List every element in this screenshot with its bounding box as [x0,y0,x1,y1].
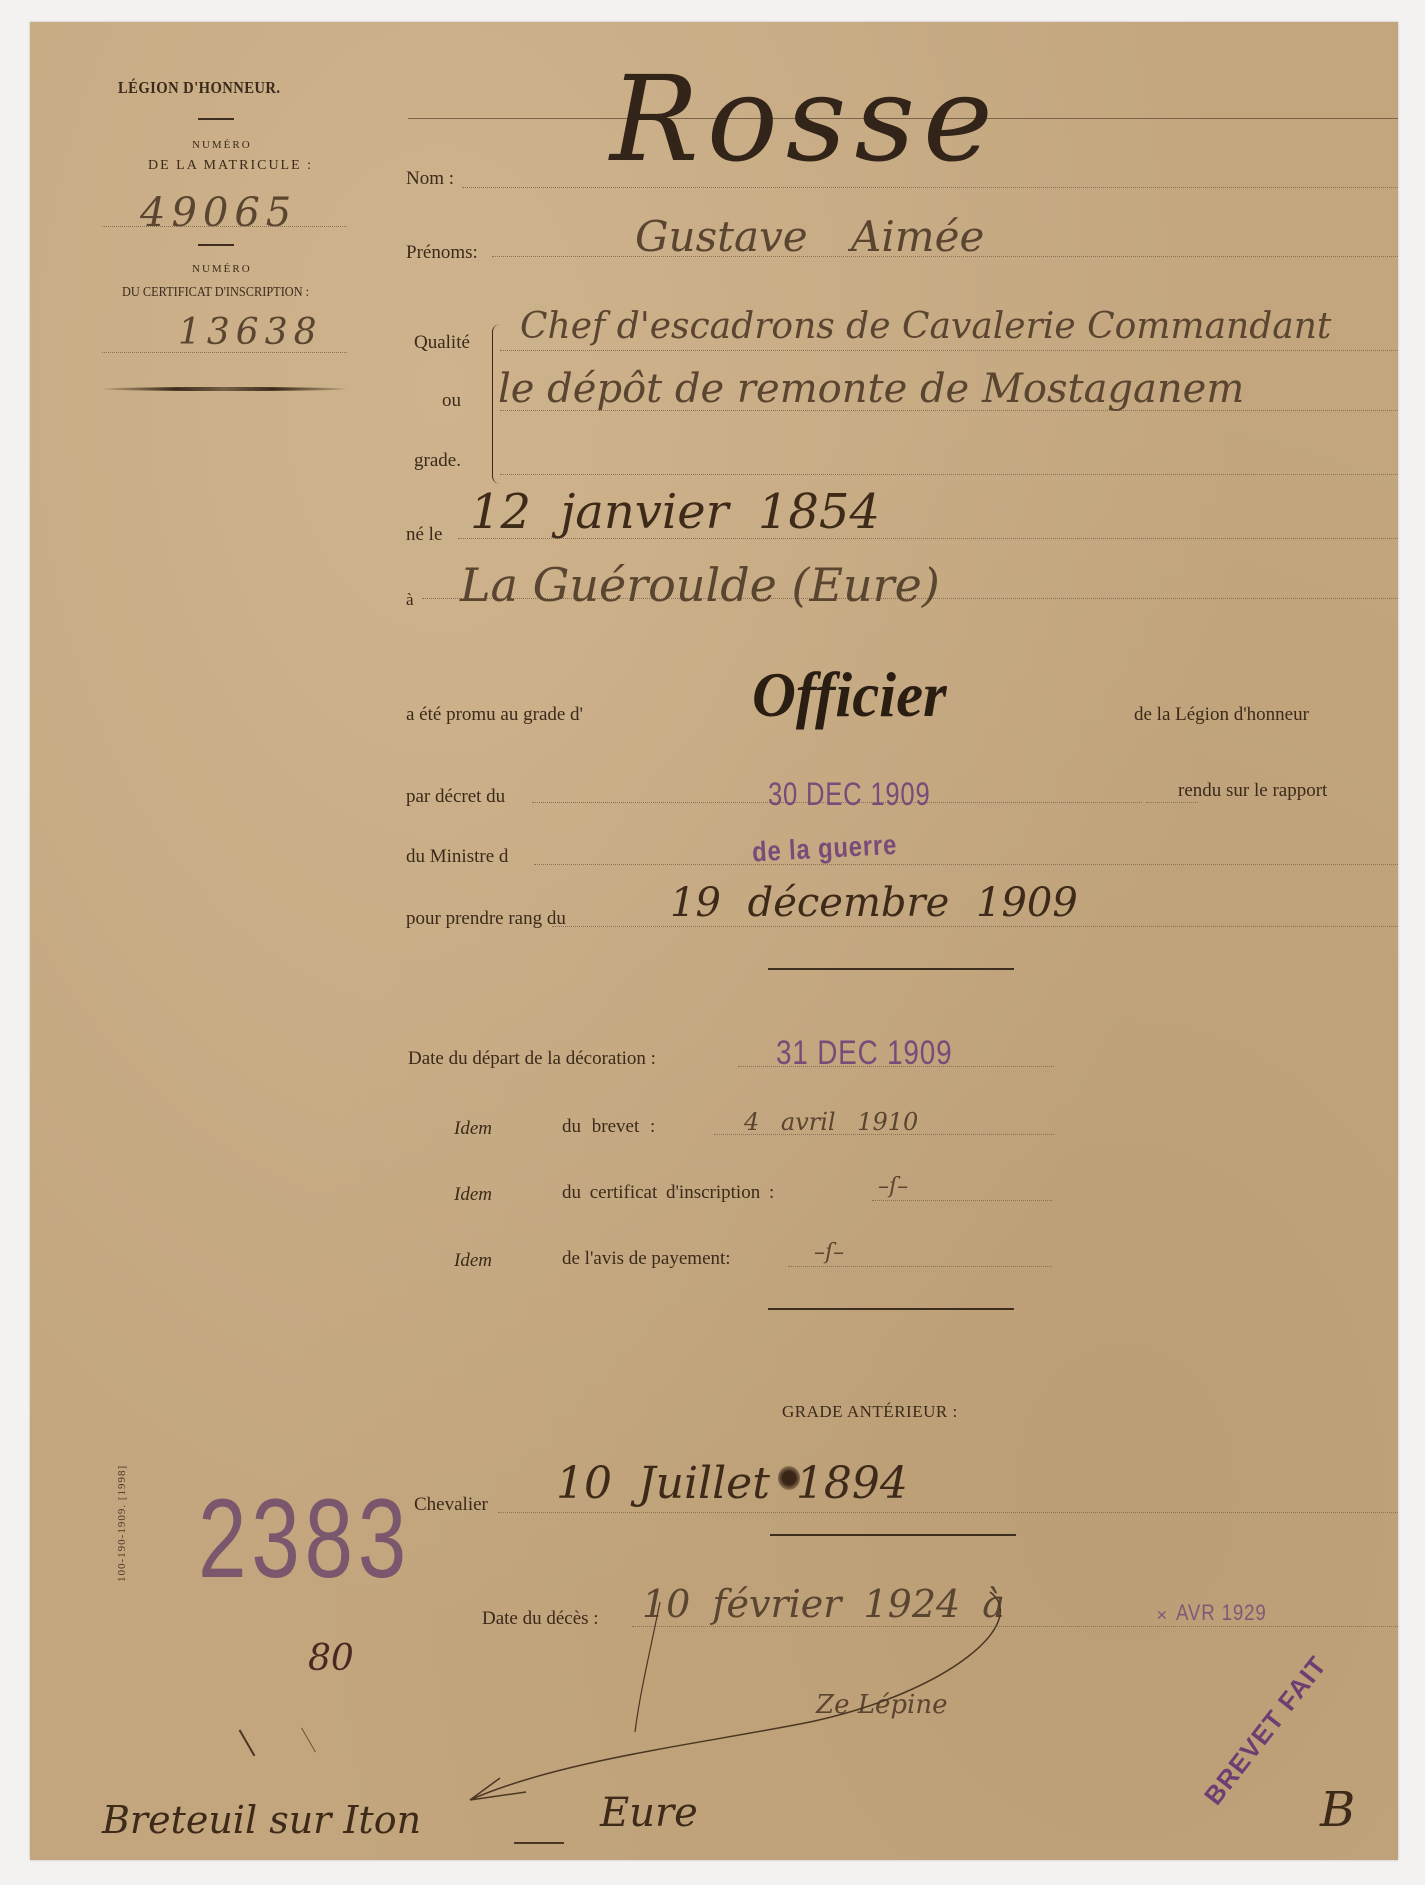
bottom-place: Breteuil sur Iton [102,1798,421,1842]
avr-stamp: ✕ AVR 1929 [1156,1600,1283,1626]
divider-small [198,244,234,246]
avr-stamp-text: AVR 1929 [1176,1600,1267,1626]
avr-stamp-mark: ✕ [1156,1607,1169,1623]
certificat-value: 13638 [178,312,323,353]
rapport-label: rendu sur le rapport [1178,780,1327,802]
brevet-label: du brevet : [562,1116,655,1138]
decret-line-2 [1146,802,1198,803]
certificat-inscription-label: du certificat d'inscription : [562,1182,774,1204]
big-stamp-number-text: 2383 [198,1474,411,1603]
prenoms-label: Prénoms: [406,242,478,264]
qualite-line-1 [500,350,1398,351]
idem-label: Idem [454,1118,492,1140]
ministre-stamp: de la guerre [751,828,923,869]
qualite-label: Qualité [414,332,470,354]
chevalier-line [498,1512,1398,1513]
ne-le-label: né le [406,524,442,546]
bottom-dept: Eure [600,1790,698,1836]
a-value: La Guéroulde (Eure) [460,558,940,612]
a-label: à [406,590,414,610]
vertical-print-code-text: 100-190-1909. [1998] [116,1465,128,1582]
legion-title: LÉGION D'HONNEUR. [118,78,307,98]
certificat-label-1: NUMÉRO [192,263,252,275]
grade-value-text: Officier [752,658,947,732]
section-divider-3 [770,1534,1016,1536]
vertical-print-code: 100-190-1909. [1998] [116,1465,128,1582]
brevet-value: 4 avril 1910 [744,1108,918,1136]
chevalier-value: 10 Juillet 1894 [556,1458,908,1509]
promu-label: a été promu au grade d' [406,704,583,726]
idem-label: Idem [454,1250,492,1272]
idem-label: Idem [454,1184,492,1206]
grade-value: Officier [752,658,957,732]
legion-label: de la Légion d'honneur [1134,704,1309,726]
depart-stamp-text: 31 DEC 1909 [776,1034,952,1073]
payement-value: –ſ– [814,1240,844,1265]
bottom-dash [514,1842,564,1844]
ministre-label: du Ministre d [406,846,508,868]
matricule-label-1: NUMÉRO [192,139,252,151]
grade-label: grade. [414,450,461,472]
certificat-inscription-value: –ſ– [878,1174,908,1199]
certificat-line [102,352,347,353]
qualite-value-2: le dépôt de remonte de Mostaganem [498,366,1244,412]
section-divider-1 [768,968,1014,970]
payement-label: de l'avis de payement: [562,1248,731,1270]
certificat-label-2: DU CERTIFICAT D'INSCRIPTION : [122,285,335,301]
ministre-line [534,864,1398,865]
title-underline [198,118,234,120]
decret-label: par décret du [406,786,505,808]
small-number: 80 [308,1638,354,1679]
legion-title-text: LÉGION D'HONNEUR. [118,78,280,98]
arrow-stroke [430,1582,1030,1802]
brevet-fait-stamp: BREVET FAIT [1198,1650,1333,1811]
qualite-line-3 [500,474,1398,475]
ink-blot [778,1466,800,1490]
depart-stamp: 31 DEC 1909 [776,1034,991,1073]
ornamental-rule [102,387,347,391]
decret-stamp-text: 30 DEC 1909 [768,776,931,813]
certificat-inscription-line [872,1200,1052,1201]
nom-label: Nom : [406,168,454,190]
certificate-sheet: LÉGION D'HONNEUR. NUMÉRO DE LA MATRICULE… [30,22,1398,1860]
big-stamp-number: 2383 [198,1474,471,1603]
matricule-value: 49065 [140,190,297,236]
depart-label: Date du départ de la décoration : [408,1048,656,1070]
matricule-line [102,226,347,227]
ministre-stamp-text: de la guerre [751,829,898,869]
qualite-value-1: Chef d'escadrons de Cavalerie Commandant [520,306,1331,347]
rang-value: 19 décembre 1909 [670,880,1078,926]
section-divider-2 [768,1308,1014,1310]
ou-label: ou [442,390,461,412]
rang-label: pour prendre rang du [406,908,566,930]
decret-stamp: 30 DEC 1909 [768,776,971,813]
certificat-label-2-text: DU CERTIFICAT D'INSCRIPTION : [122,285,309,301]
payement-line [788,1266,1052,1267]
pen-tick-2 [301,1728,316,1753]
ne-le-value: 12 janvier 1854 [470,484,880,540]
nom-value: Rosse [610,50,1001,188]
rang-line [552,926,1398,927]
matricule-label-2: DE LA MATRICULE : [148,158,313,174]
pen-tick-1 [239,1730,255,1757]
grade-anterieur-heading: GRADE ANTÉRIEUR : [782,1402,958,1422]
prenoms-value: Gustave Aimée [635,212,984,261]
brevet-fait-text: BREVET FAIT [1198,1650,1332,1810]
initial-mark: B [1320,1782,1355,1838]
